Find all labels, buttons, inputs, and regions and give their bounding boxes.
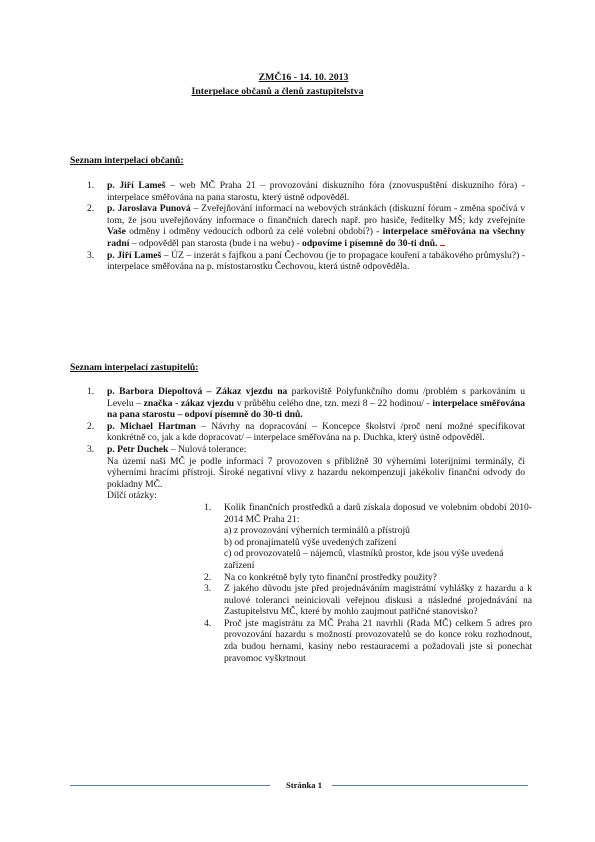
list-item: 3. p. Jiří Lameš – ÚZ – inzerát s fajfko… [87,250,525,273]
subquestion: 1. Kolik finančních prostředků a darů zí… [204,502,532,572]
subquestion: 3. Z jakého důvodu jste před projednáván… [204,583,532,618]
members-section-heading: Seznam interpelací zastupitelů: [70,362,198,374]
subquestion-option: c) od provozovatelů – nájemců, vlastníků… [224,548,532,571]
footer-rule-right [332,785,528,786]
interpellant-name: p. Barbora Diepoltová [107,386,202,397]
interpellant-name: p. Michael Hartman [107,421,196,432]
item-paragraph: Na území naší MČ je podle informací 7 pr… [107,456,525,491]
document-subtitle: Interpelace občanů a členů zastupitelstv… [0,86,575,98]
interpellant-name: p. Jiří Lameš [107,180,166,191]
subquestion: 2. Na co konkrétně byly tyto finanční pr… [204,572,532,584]
list-item: 1. p. Barbora Diepoltová – Zákaz vjezdu … [87,386,525,421]
revision-mark [440,238,445,246]
footer-rule-left [70,785,270,786]
list-item: 3. p. Petr Duchek – Nulová tolerance: Na… [87,444,525,664]
list-item: 1. p. Jiří Lameš – web MČ Praha 21 – pro… [87,180,525,203]
subquestions-label: Dílčí otázky: [107,490,525,502]
page-number: Stránka 1 [276,780,332,790]
subquestion-option: a) z provozování výherních terminálů a p… [224,525,532,537]
interpellant-name: p. Jiří Lameš [107,250,161,261]
subquestion: 4. Proč jste magistrátu za MČ Praha 21 n… [204,618,532,664]
subquestion-option: b) od pronajímatelů výše uvedených zaříz… [224,537,532,549]
citizens-section-heading: Seznam interpelací občanů: [70,155,184,167]
document-page: ZMČ16 - 14. 10. 2013 Interpelace občanů … [0,0,595,842]
citizens-interpellation-list: 1. p. Jiří Lameš – web MČ Praha 21 – pro… [87,180,525,273]
list-item: 2. p. Michael Hartman – Návrhy na doprac… [87,421,525,444]
document-title: ZMČ16 - 14. 10. 2013 [6,72,595,84]
list-item: 2. p. Jaroslava Punová – Zveřejňování in… [87,203,525,249]
interpellant-name: p. Petr Duchek [107,444,168,455]
interpellant-name: p. Jaroslava Punová [107,203,191,214]
subquestions-list: 1. Kolik finančních prostředků a darů zí… [204,502,532,664]
members-interpellation-list: 1. p. Barbora Diepoltová – Zákaz vjezdu … [87,386,525,664]
